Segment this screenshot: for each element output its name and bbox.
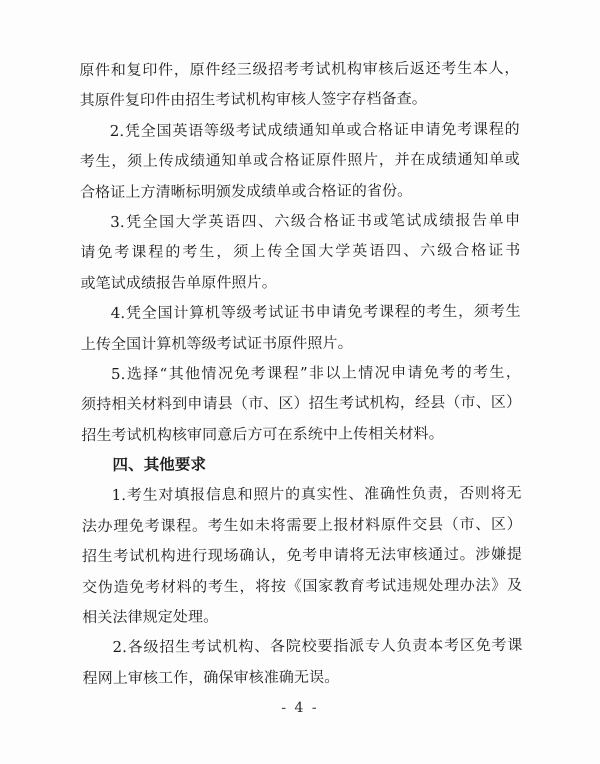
text-line: 或笔试成绩报告单原件照片。 — [80, 266, 520, 299]
paragraph: 4.凭全国计算机等级考试证书申请免考课程的考生，须考生上传全国计算机等级考试证书… — [81, 296, 521, 359]
text-line: 2.各级招生考试机构、各院校要指派专人负责本考区免考课 — [82, 630, 522, 663]
paragraph: 2.凭全国英语等级考试成绩通知单或合格证申请免考课程的考生，须上传成绩通知单或合… — [80, 114, 520, 207]
text-line: 原件和复印件，原件经三级招考考试机构审核后返还考生本人， — [79, 53, 519, 86]
text-line: 5.选择“其他情况免考课程”非以上情况申请免考的考生， — [81, 357, 521, 390]
text-line: 程网上审核工作，确保审核准确无误。 — [83, 661, 523, 694]
text-line: 1.考生对填报信息和照片的真实性、准确性负责，否则将无 — [82, 478, 522, 511]
paragraph: 原件和复印件，原件经三级招考考试机构审核后返还考生本人，其原件复印件由招生考试机… — [79, 53, 519, 116]
text-line: 其原件复印件由招生考试机构审核人签字存档备查。 — [79, 83, 519, 116]
text-line: 上传全国计算机等级考试证书原件照片。 — [81, 326, 521, 359]
section-heading: 四、其他要求 — [81, 448, 521, 481]
text-line: 2.凭全国英语等级考试成绩通知单或合格证申请免考课程的 — [80, 114, 520, 147]
text-line: 合格证上方清晰标明颁发成绩单或合格证的省份。 — [80, 174, 520, 207]
text-line: 招生考试机构进行现场确认，免考申请将无法审核通过。涉嫌提 — [82, 539, 522, 572]
paragraph: 2.各级招生考试机构、各院校要指派专人负责本考区免考课程网上审核工作，确保审核准… — [82, 630, 522, 693]
paragraph: 3.凭全国大学英语四、六级合格证书或笔试成绩报告单申请免考课程的考生，须上传全国… — [80, 205, 520, 298]
text-line: 3.凭全国大学英语四、六级合格证书或笔试成绩报告单申 — [80, 205, 520, 238]
text-line: 法办理免考课程。考生如未将需要上报材料原件交县（市、区） — [82, 509, 522, 542]
paragraph: 1.考生对填报信息和照片的真实性、准确性负责，否则将无法办理免考课程。考生如未将… — [82, 478, 523, 632]
text-line: 考生，须上传成绩通知单或合格证原件照片，并在成绩通知单或 — [80, 144, 520, 177]
document-body: 原件和复印件，原件经三级招考考试机构审核后返还考生本人，其原件复印件由招生考试机… — [79, 53, 522, 693]
text-line: 四、其他要求 — [81, 448, 521, 481]
document-page: 原件和复印件，原件经三级招考考试机构审核后返还考生本人，其原件复印件由招生考试机… — [0, 0, 600, 764]
text-line: 相关法律规定处理。 — [82, 600, 522, 633]
text-line: 请免考课程的考生，须上传全国大学英语四、六级合格证书 — [80, 235, 520, 268]
page-number: - 4 - — [0, 698, 600, 717]
text-line: 招生考试机构核审同意后方可在系统中上传相关材料。 — [81, 418, 521, 451]
text-line: 交伪造免考材料的考生，将按《国家教育考试违规处理办法》及 — [82, 569, 522, 602]
text-line: 4.凭全国计算机等级考试证书申请免考课程的考生，须考生 — [81, 296, 521, 329]
text-line: 须持相关材料到申请县（市、区）招生考试机构，经县（市、区） — [81, 387, 521, 420]
paragraph: 5.选择“其他情况免考课程”非以上情况申请免考的考生，须持相关材料到申请县（市、… — [81, 357, 521, 450]
